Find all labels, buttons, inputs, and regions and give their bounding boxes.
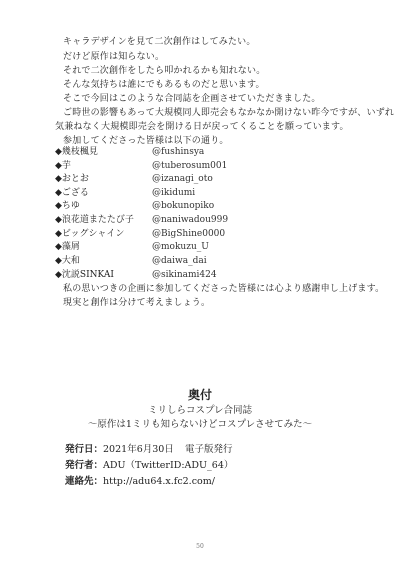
- participant-name: ◆浪花道またたび子: [55, 214, 134, 226]
- book-subtitle: 〜原作は1ミリも知らないけどコスプレさせてみた〜: [0, 416, 400, 430]
- contact-url[interactable]: http://adu64.x.fc2.com/: [103, 476, 215, 487]
- participant-handle: @bokunopiko: [152, 200, 214, 212]
- participant-handle: @daiwa_dai: [152, 255, 207, 267]
- participant-name: ◆芋: [55, 160, 71, 172]
- closing-line: 現実と創作は分けて考えましょう。: [63, 297, 210, 309]
- publish-date-row: 発行日：2021年6月30日 電子版発行: [65, 443, 174, 457]
- participant-handle: @izanagi_oto: [152, 173, 213, 185]
- participant-handle: @tuberosum001: [152, 160, 227, 172]
- page-number: 50: [0, 543, 400, 550]
- participant-handle: @mokuzu_U: [152, 241, 209, 253]
- participant-name: ◆大和: [55, 255, 80, 267]
- participant-name: ◆ビッグシャイン: [55, 228, 124, 240]
- participant-handle: @naniwadou999: [152, 214, 228, 226]
- participant-row: ◆ござる@ikidumi: [55, 187, 355, 199]
- intro-line: ご時世の影響もあって大規模同人即売会もなかなか開けない昨今ですが、いずれ: [63, 107, 394, 119]
- participant-handle: @ikidumi: [152, 187, 195, 199]
- participant-row: ◆浪花道またたび子@naniwadou999: [55, 214, 355, 226]
- publish-date: 2021年6月30日: [103, 444, 174, 455]
- participant-name: ◆藻屑: [55, 241, 80, 253]
- participant-row: ◆幾枝楓見@fushinsya: [55, 146, 355, 158]
- publisher-row: 発行者：ADU（TwitterID:ADU_64）: [65, 459, 233, 473]
- intro-line: それで二次創作をしたら叩かれるかも知れない。: [63, 65, 265, 77]
- contact-label: 連絡先：: [65, 476, 103, 487]
- closing-line: 私の思いつきの企画に参加してくださった皆様には心より感謝申し上げます。: [63, 283, 384, 295]
- publisher-label: 発行者：: [65, 460, 103, 471]
- participant-handle: @fushinsya: [152, 146, 204, 158]
- participant-name: ◆沈説SINKAI: [55, 269, 114, 281]
- participant-name: ◆幾枝楓見: [55, 146, 98, 158]
- contact-row: 連絡先：http://adu64.x.fc2.com/: [65, 475, 215, 489]
- intro-line: そこで今回はこのような合同誌を企画させていただきました。: [63, 93, 321, 105]
- book-title: ミリしらコスプレ合同誌: [0, 402, 400, 416]
- publish-label: 発行日：: [65, 444, 103, 455]
- participant-row: ◆藻屑@mokuzu_U: [55, 241, 355, 253]
- participant-handle: @BigShine0000: [152, 228, 225, 240]
- participant-name: ◆ちゆ: [55, 200, 80, 212]
- edition: 電子版発行: [185, 443, 233, 457]
- participant-name: ◆おとお: [55, 173, 89, 185]
- participant-row: ◆大和@daiwa_dai: [55, 255, 355, 267]
- colophon-title: 奥付: [0, 386, 400, 403]
- participant-row: ◆ちゆ@bokunopiko: [55, 200, 355, 212]
- participant-name: ◆ござる: [55, 187, 89, 199]
- participant-row: ◆芋@tuberosum001: [55, 160, 355, 172]
- participant-handle: @sikinami424: [152, 269, 217, 281]
- intro-line: そんな気持ちは誰にでもあるものだと思います。: [63, 79, 265, 91]
- participant-row: ◆ビッグシャイン@BigShine0000: [55, 228, 355, 240]
- intro-line: だけど原作は知らない。: [63, 51, 164, 63]
- intro-line: キャラデザインを見て二次創作はしてみたい。: [63, 36, 256, 48]
- participant-row: ◆おとお@izanagi_oto: [55, 173, 355, 185]
- participant-row: ◆沈説SINKAI@sikinami424: [55, 269, 355, 281]
- intro-line: 気兼ねなく大規模即売会を開ける日が戻ってくることを願っています。: [55, 121, 349, 133]
- publisher: ADU（TwitterID:ADU_64）: [103, 460, 233, 471]
